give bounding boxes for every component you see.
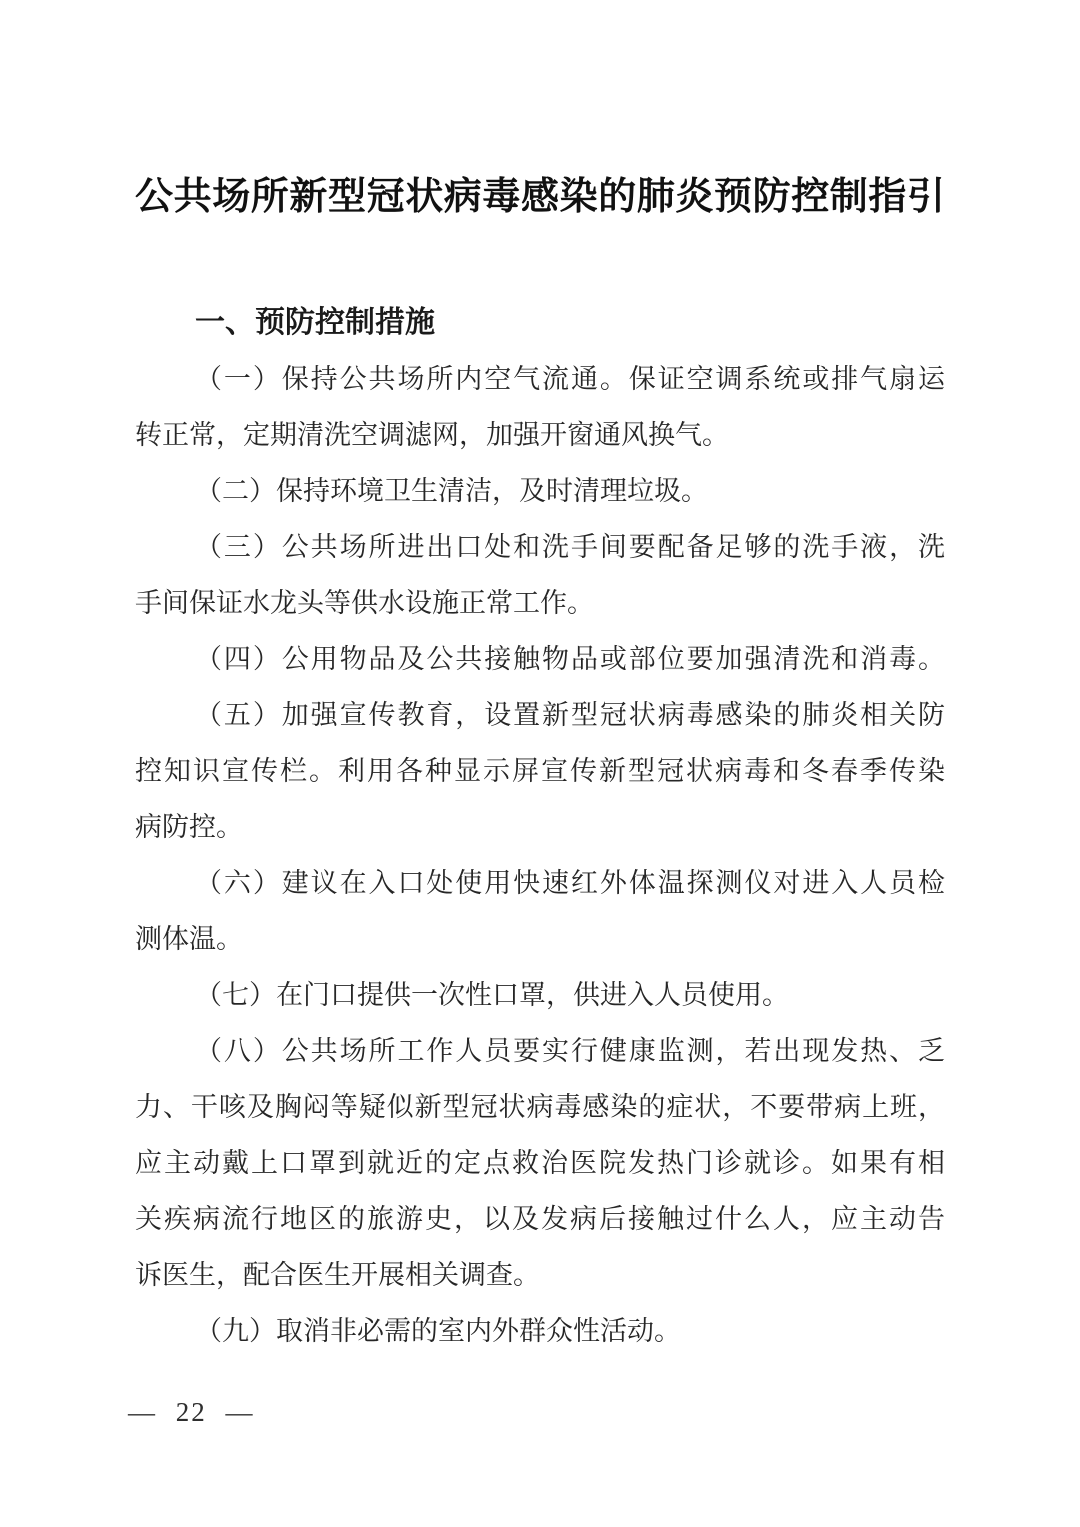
body-line: 病防控。 [135, 799, 945, 855]
body-line: （九）取消非必需的室内外群众性活动。 [135, 1303, 945, 1359]
body-line: 转正常，定期清洗空调滤网，加强开窗通风换气。 [135, 407, 945, 463]
body-line: （二）保持环境卫生清洁，及时清理垃圾。 [135, 463, 945, 519]
page-number: — 22 — [128, 1392, 255, 1432]
body-line: 测体温。 [135, 911, 945, 967]
document-body: 一、预防控制措施 （一）保持公共场所内空气流通。保证空调系统或排气扇运 转正常，… [135, 295, 945, 1359]
body-line: 关疾病流行地区的旅游史，以及发病后接触过什么人，应主动告 [135, 1191, 945, 1247]
body-line: 诉医生，配合医生开展相关调查。 [135, 1247, 945, 1303]
body-line: （七）在门口提供一次性口罩，供进入人员使用。 [135, 967, 945, 1023]
body-line: 控知识宣传栏。利用各种显示屏宣传新型冠状病毒和冬春季传染 [135, 743, 945, 799]
body-line: （一）保持公共场所内空气流通。保证空调系统或排气扇运 [135, 351, 945, 407]
page-title: 公共场所新型冠状病毒感染的肺炎预防控制指引 [135, 172, 945, 222]
body-line: （八）公共场所工作人员要实行健康监测，若出现发热、乏 [135, 1023, 945, 1079]
body-line: （五）加强宣传教育，设置新型冠状病毒感染的肺炎相关防 [135, 687, 945, 743]
body-line: （六）建议在入口处使用快速红外体温探测仪对进入人员检 [135, 855, 945, 911]
body-line: 应主动戴上口罩到就近的定点救治医院发热门诊就诊。如果有相 [135, 1135, 945, 1191]
document-page: 公共场所新型冠状病毒感染的肺炎预防控制指引 一、预防控制措施 （一）保持公共场所… [0, 0, 1080, 1527]
body-line: 力、干咳及胸闷等疑似新型冠状病毒感染的症状，不要带病上班， [135, 1079, 945, 1135]
section-heading: 一、预防控制措施 [195, 295, 945, 351]
body-line: （三）公共场所进出口处和洗手间要配备足够的洗手液，洗 [135, 519, 945, 575]
body-line: （四）公用物品及公共接触物品或部位要加强清洗和消毒。 [135, 631, 945, 687]
body-line: 手间保证水龙头等供水设施正常工作。 [135, 575, 945, 631]
